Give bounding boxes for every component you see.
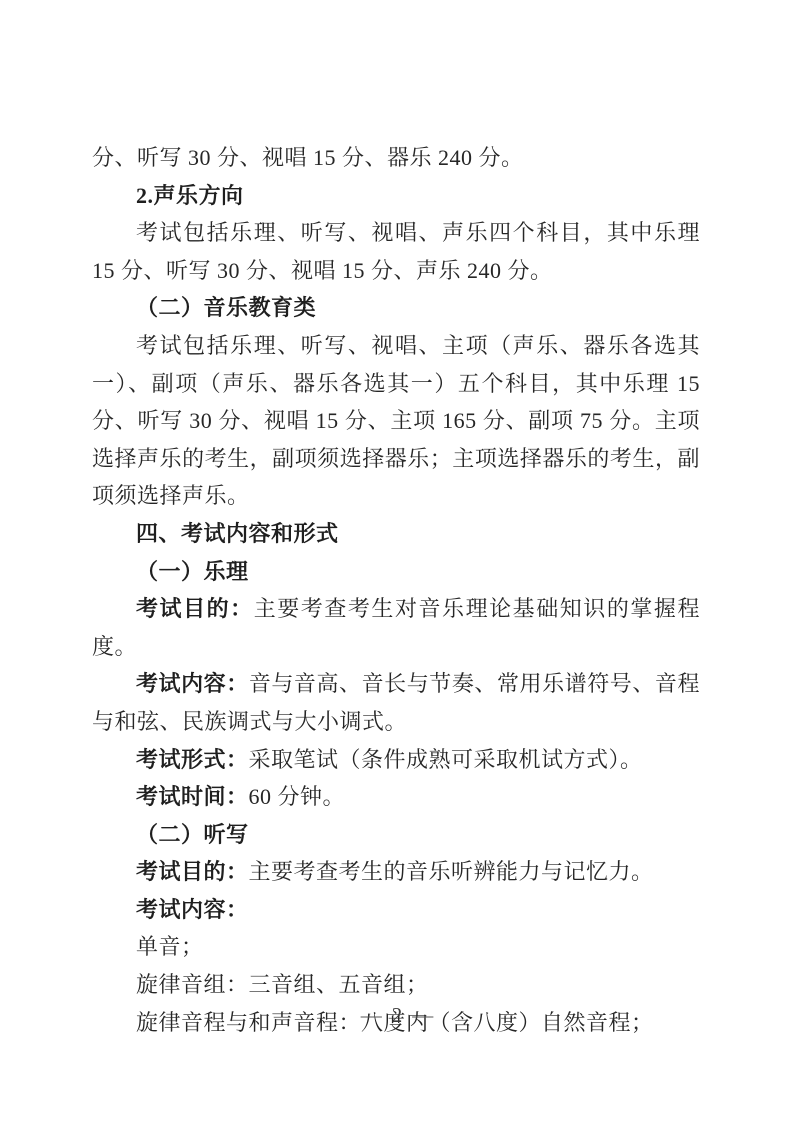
paragraph-text: 60 分钟。 — [249, 784, 346, 809]
paragraph-text: 考试包括乐理、听写、视唱、声乐四个科目，其中乐理 15 分、听写 30 分、视唱… — [92, 220, 700, 283]
paragraph-lead: 考试内容： — [136, 897, 249, 922]
page-number: 2 — [392, 1003, 403, 1027]
paragraph-text: 旋律音组：三音组、五音组； — [136, 972, 429, 997]
paragraph: 考试形式：采取笔试（条件成熟可采取机试方式）。 — [92, 741, 700, 779]
paragraph: 考试目的：主要考查考生的音乐听辨能力与记忆力。 — [92, 853, 700, 891]
paragraph-text: （二）听写 — [136, 822, 249, 847]
page-footer: —2— — [0, 1002, 794, 1028]
paragraph-lead: 考试目的： — [136, 596, 254, 621]
paragraph: 旋律音组：三音组、五音组； — [92, 966, 700, 1004]
paragraph: 考试目的：主要考查考生对音乐理论基础知识的掌握程度。 — [92, 590, 700, 665]
section-heading: （二）音乐教育类 — [92, 289, 700, 327]
paragraph-text: （二）音乐教育类 — [136, 295, 316, 320]
paragraph-text: 2.声乐方向 — [136, 183, 244, 208]
paragraph: 考试包括乐理、听写、视唱、声乐四个科目，其中乐理 15 分、听写 30 分、视唱… — [92, 214, 700, 289]
footer-right-dash: — — [412, 1002, 433, 1028]
paragraph-text: 主要考查考生的音乐听辨能力与记忆力。 — [249, 859, 654, 884]
paragraph-text: （一）乐理 — [136, 559, 249, 584]
paragraph-lead: 考试目的： — [136, 859, 249, 884]
section-heading: 2.声乐方向 — [92, 177, 700, 215]
paragraph: 考试内容：音与音高、音长与节奏、常用乐谱符号、音程与和弦、民族调式与大小调式。 — [92, 665, 700, 740]
paragraph: 考试时间：60 分钟。 — [92, 778, 700, 816]
paragraph: 单音； — [92, 928, 700, 966]
paragraph-text: 采取笔试（条件成熟可采取机试方式）。 — [249, 747, 643, 772]
section-heading: （二）听写 — [92, 816, 700, 854]
paragraph-text: 单音； — [136, 934, 204, 959]
paragraph-lead: 考试时间： — [136, 784, 249, 809]
paragraph: 考试内容： — [92, 891, 700, 929]
paragraph-lead: 考试内容： — [136, 671, 249, 696]
document-page: 分、听写 30 分、视唱 15 分、器乐 240 分。2.声乐方向考试包括乐理、… — [0, 0, 794, 1123]
footer-left-dash: — — [361, 1002, 382, 1028]
paragraph: 考试包括乐理、听写、视唱、主项（声乐、器乐各选其一）、副项（声乐、器乐各选其一）… — [92, 327, 700, 515]
paragraph-text: 四、考试内容和形式 — [136, 521, 339, 546]
section-heading: （一）乐理 — [92, 553, 700, 591]
section-heading: 四、考试内容和形式 — [92, 515, 700, 553]
paragraph-text: 考试包括乐理、听写、视唱、主项（声乐、器乐各选其一）、副项（声乐、器乐各选其一）… — [92, 333, 700, 508]
paragraph-text: 分、听写 30 分、视唱 15 分、器乐 240 分。 — [92, 145, 524, 170]
document-content: 分、听写 30 分、视唱 15 分、器乐 240 分。2.声乐方向考试包括乐理、… — [92, 139, 700, 1041]
paragraph: 分、听写 30 分、视唱 15 分、器乐 240 分。 — [92, 139, 700, 177]
paragraph-lead: 考试形式： — [136, 747, 249, 772]
